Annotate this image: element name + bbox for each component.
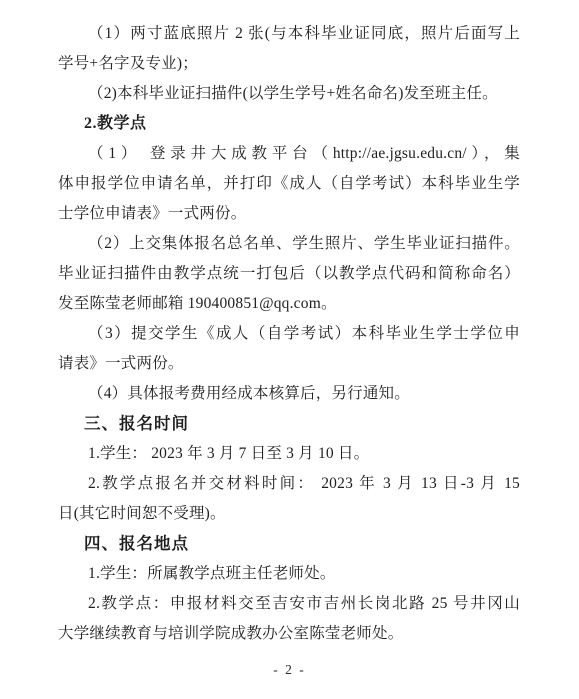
text-line: 毕业证扫描件由教学点统一打包后（以教学点代码和简称命名） (58, 259, 520, 289)
text-line: （3）提交学生《成人（自学考试）本科毕业生学士学位申 (58, 319, 520, 349)
paragraph: （1） 登录井大成教平台（http://ae.jgsu.edu.cn/），集体申… (58, 139, 520, 229)
paragraph: （2)本科毕业证扫描件(以学生学号+姓名命名)发至班主任。 (58, 79, 520, 109)
section-heading: 三、报名时间 (58, 409, 520, 439)
text-line: （2)本科毕业证扫描件(以学生学号+姓名命名)发至班主任。 (58, 79, 520, 109)
text-line: （1） 登录井大成教平台（http://ae.jgsu.edu.cn/），集 (58, 139, 520, 169)
text-line: 日(其它时间恕不受理)。 (58, 499, 520, 529)
paragraph: 1.学生：所属教学点班主任老师处。 (58, 559, 520, 589)
page-number: - 2 - (0, 662, 579, 678)
text-line: 发至陈莹老师邮箱 190400851@qq.com。 (58, 289, 520, 319)
section-heading: 四、报名地点 (58, 529, 520, 559)
text-line: （4）具体报考费用经成本核算后，另行通知。 (58, 379, 520, 409)
paragraph: （2）上交集体报名总名单、学生照片、学生毕业证扫描件。毕业证扫描件由教学点统一打… (58, 229, 520, 319)
document-content: （1）两寸蓝底照片 2 张(与本科毕业证同底，照片后面写上学号+名字及专业)；（… (58, 19, 520, 649)
text-line: 1.学生：所属教学点班主任老师处。 (58, 559, 520, 589)
text-line: 体申报学位申请名单，并打印《成人（自学考试）本科毕业生学 (58, 169, 520, 199)
paragraph: 2.教学点：申报材料交至吉安市吉州长岗北路 25 号井冈山大学继续教育与培训学院… (58, 589, 520, 649)
paragraph: 2.教学点报名并交材料时间： 2023 年 3 月 13 日-3 月 15日(其… (58, 469, 520, 529)
text-line: 四、报名地点 (58, 529, 520, 559)
document-page: （1）两寸蓝底照片 2 张(与本科毕业证同底，照片后面写上学号+名字及专业)；（… (0, 0, 579, 699)
text-line: 1.学生： 2023 年 3 月 7 日至 3 月 10 日。 (58, 439, 520, 469)
text-line: 学号+名字及专业)； (58, 49, 520, 79)
text-line: （1）两寸蓝底照片 2 张(与本科毕业证同底，照片后面写上 (58, 19, 520, 49)
text-line: 士学位申请表》一式两份。 (58, 199, 520, 229)
text-line: 三、报名时间 (58, 409, 520, 439)
paragraph: （1）两寸蓝底照片 2 张(与本科毕业证同底，照片后面写上学号+名字及专业)； (58, 19, 520, 79)
sub-heading: 2.教学点 (58, 109, 520, 139)
text-line: 2.教学点 (58, 109, 520, 139)
paragraph: 1.学生： 2023 年 3 月 7 日至 3 月 10 日。 (58, 439, 520, 469)
text-line: （2）上交集体报名总名单、学生照片、学生毕业证扫描件。 (58, 229, 520, 259)
text-line: 请表》一式两份。 (58, 349, 520, 379)
text-line: 大学继续教育与培训学院成教办公室陈莹老师处。 (58, 619, 520, 649)
text-line: 2.教学点报名并交材料时间： 2023 年 3 月 13 日-3 月 15 (58, 469, 520, 499)
paragraph: （3）提交学生《成人（自学考试）本科毕业生学士学位申请表》一式两份。 (58, 319, 520, 379)
paragraph: （4）具体报考费用经成本核算后，另行通知。 (58, 379, 520, 409)
text-line: 2.教学点：申报材料交至吉安市吉州长岗北路 25 号井冈山 (58, 589, 520, 619)
